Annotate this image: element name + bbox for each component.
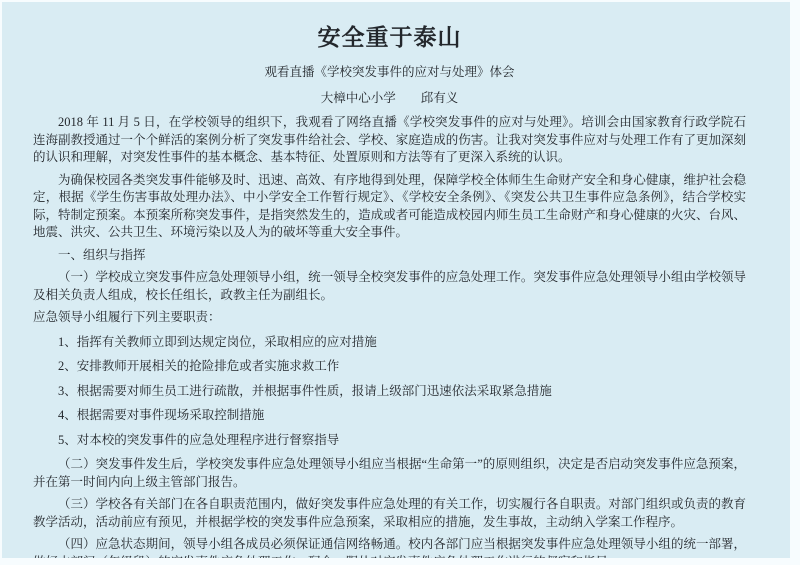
paragraph-item-1: （一）学校成立突发事件应急处理领导小组，统一领导全校突发事件的应急处理工作。突发… — [33, 269, 746, 304]
paragraph-item-4: （四）应急状态期间，领导小组各成员必须保证通信网络畅通。校内各部门应当根据突发事… — [33, 536, 746, 558]
section-heading-1: 一、组织与指挥 — [33, 247, 746, 265]
paragraph-duties-intro: 应急领导小组履行下列主要职责： — [33, 309, 746, 327]
paragraph-item-2: （二）突发事件发生后，学校突发事件应急处理领导小组应当根据“生命第一”的原则组织… — [33, 456, 746, 491]
document-subtitle: 观看直播《学校突发事件的应对与处理》体会 — [33, 64, 746, 81]
paragraph-purpose: 为确保校园各类突发事件能够及时、迅速、高效、有序地得到处理，保障学校全体师生生命… — [33, 172, 746, 242]
paragraph-intro: 2018 年 11 月 5 日，在学校领导的组织下，我观看了网络直播《学校突发事… — [33, 114, 746, 167]
list-item-4: 4、根据需要对事件现场采取控制措施 — [33, 407, 746, 425]
list-item-3: 3、根据需要对师生员工进行疏散，并根据事件性质，报请上级部门迅速依法采取紧急措施 — [33, 383, 746, 401]
document-page: 安全重于泰山 观看直播《学校突发事件的应对与处理》体会 大樟中心小学 邱有义 2… — [2, 2, 790, 558]
document-title: 安全重于泰山 — [33, 22, 746, 52]
list-item-5: 5、对本校的突发事件的应急处理程序进行督察指导 — [33, 432, 746, 450]
list-item-2: 2、安排教师开展相关的抢险排危或者实施求救工作 — [33, 358, 746, 376]
document-byline: 大樟中心小学 邱有义 — [33, 90, 746, 107]
list-item-1: 1、指挥有关教师立即到达规定岗位，采取相应的应对措施 — [33, 334, 746, 352]
paragraph-item-3: （三）学校各有关部门在各自职责范围内，做好突发事件应急处理的有关工作，切实履行各… — [33, 496, 746, 531]
document-body: 安全重于泰山 观看直播《学校突发事件的应对与处理》体会 大樟中心小学 邱有义 2… — [2, 2, 790, 558]
